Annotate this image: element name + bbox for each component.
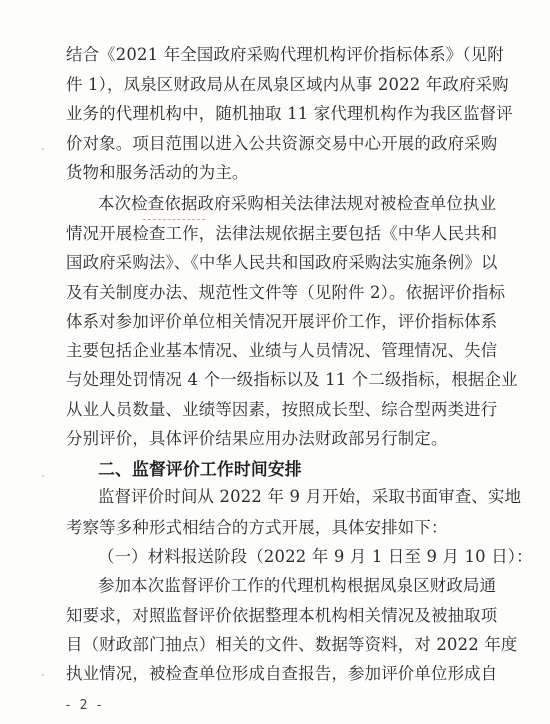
paragraph-1-line-3: 业务的代理机构中，随机抽取 11 家代理机构作为我区监督评 xyxy=(66,102,464,126)
paragraph-3-line-2: 考察等多种形式相结合的方式开展，具体安排如下： xyxy=(66,516,464,540)
paragraph-2-line-3: 国政府采购法》、《中华人民共和国政府采购法实施条例》以 xyxy=(66,251,464,275)
scan-speck xyxy=(42,148,44,150)
paragraph-2-line-9: 分别评价，具体评价结果应用办法财政部另行制定。 xyxy=(66,427,464,451)
paragraph-1-line-1: 结合《2021 年全国政府采购代理机构评价指标体系》（见附 xyxy=(66,43,464,67)
paragraph-4-line-3: 目（财政部门抽点）相关的文件、数据等资料，对 2022 年度 xyxy=(66,633,464,657)
section-heading-2: 二、监督评价工作时间安排 xyxy=(98,457,302,481)
document-page: 结合《2021 年全国政府采购代理机构评价指标体系》（见附 件 1），凤泉区财政… xyxy=(0,0,550,724)
paragraph-4-line-2: 知要求，对照监督评价依据整理本机构相关情况及被抽取项 xyxy=(66,604,464,628)
paragraph-2-line-2: 情况开展检查工作，法律法规依据主要包括《中华人民共和 xyxy=(66,222,464,246)
subsection-heading-1: （一）材料报送阶段（2022 年 9 月 1 日至 9 月 10 日）： xyxy=(98,545,464,569)
paragraph-2-line-1: 本次检查依据政府采购相关法律法规对被检查单位执业 xyxy=(98,192,464,216)
scan-speck xyxy=(42,674,44,676)
paragraph-4-line-1: 参加本次监督评价工作的代理机构根据凤泉区财政局通 xyxy=(98,574,464,598)
paragraph-2-line-6: 主要包括企业基本情况、业绩与人员情况、管理情况、失信 xyxy=(66,339,464,363)
paragraph-2-line-4: 及有关制度办法、规范性文件等（见附件 2）。依据评价指标 xyxy=(66,281,464,305)
paragraph-3-line-1: 监督评价时间从 2022 年 9 月开始，采取书面审查、实地 xyxy=(98,485,464,509)
paragraph-2-line-5: 体系对参加评价单位相关情况开展评价工作，评价指标体系 xyxy=(66,310,464,334)
paragraph-4-line-4: 执业情况，被检查单位形成自查报告，参加评价单位形成自 xyxy=(66,662,464,686)
scan-speck xyxy=(42,475,44,477)
paragraph-2-line-7: 与处理处罚情况 4 个一级指标以及 11 个二级指标，根据企业 xyxy=(66,368,464,392)
paragraph-2-line-8: 从业人员数量、业绩等因素，按照成长型、综合型两类进行 xyxy=(66,398,464,422)
paragraph-1-line-4: 价对象。项目范围以进入公共资源交易中心开展的政府采购 xyxy=(66,132,464,156)
page-number: - 2 - xyxy=(64,696,103,716)
paragraph-1-line-2: 件 1），凤泉区财政局从在凤泉区域内从事 2022 年政府采购 xyxy=(66,73,464,97)
red-ink-mark xyxy=(143,219,205,222)
paragraph-1-line-5: 货物和服务活动的为主。 xyxy=(66,161,464,185)
